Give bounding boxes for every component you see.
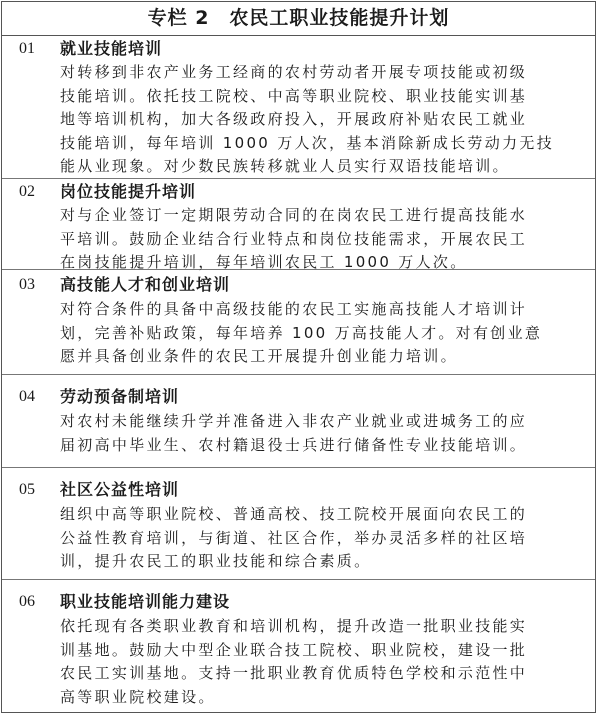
item-row: 06 职业技能培训能力建设 依托现有各类职业教育和培训机构，提升改造一批职业技能… bbox=[2, 580, 595, 714]
item-row: 02 岗位技能提升培训 对与企业签订一定期限劳动合同的在岗农民工进行提高技能水 … bbox=[2, 179, 595, 270]
item-number: 03 bbox=[19, 273, 35, 297]
item-heading: 职业技能培训能力建设 bbox=[60, 590, 230, 614]
item-body: 组织中高等职业院校、普通高校、技工院校开展面向农民工的 公益性教育培训，与街道、… bbox=[60, 503, 580, 574]
body-line: 平培训。鼓励企业结合行业特点和岗位技能需求，开展农民工 bbox=[60, 228, 580, 252]
item-body: 对农村未能继续升学并准备进入非农产业就业或进城务工的应 届初高中毕业生、农村籍退… bbox=[60, 410, 580, 457]
item-number: 01 bbox=[19, 37, 35, 61]
item-row: 03 高技能人才和创业培训 对符合条件的具备中高级技能的农民工实施高技能人才培训… bbox=[2, 270, 595, 375]
body-line: 对与企业签订一定期限劳动合同的在岗农民工进行提高技能水 bbox=[60, 204, 580, 228]
item-row: 04 劳动预备制培训 对农村未能继续升学并准备进入非农产业就业或进城务工的应 届… bbox=[2, 375, 595, 468]
program-box: 专栏 2 农民工职业技能提升计划 01 就业技能培训 对转移到非农产业务工经商的… bbox=[1, 1, 596, 713]
body-line: 对农村未能继续升学并准备进入非农产业就业或进城务工的应 bbox=[60, 410, 580, 434]
body-line: 高等职业院校建设。 bbox=[60, 686, 580, 710]
body-line: 技能培训。依托技工院校、中高等职业院校、职业技能实训基 bbox=[60, 85, 580, 109]
body-line: 划，完善补贴政策，每年培养 100 万高技能人才。对有创业意 bbox=[60, 322, 580, 346]
item-number: 04 bbox=[19, 385, 35, 409]
item-number: 02 bbox=[19, 180, 35, 204]
body-line: 依托现有各类职业教育和培训机构，提升改造一批职业技能实 bbox=[60, 615, 580, 639]
item-number: 05 bbox=[19, 478, 35, 502]
item-heading: 就业技能培训 bbox=[60, 37, 162, 61]
item-body: 依托现有各类职业教育和培训机构，提升改造一批职业技能实 训基地。鼓励大中型企业联… bbox=[60, 615, 580, 709]
body-line: 对符合条件的具备中高级技能的农民工实施高技能人才培训计 bbox=[60, 298, 580, 322]
body-line: 地等培训机构，加大各级政府投入，开展政府补贴农民工就业 bbox=[60, 108, 580, 132]
box-title: 专栏 2 农民工职业技能提升计划 bbox=[2, 2, 595, 36]
item-heading: 高技能人才和创业培训 bbox=[60, 273, 230, 297]
item-row: 01 就业技能培训 对转移到非农产业务工经商的农村劳动者开展专项技能或初级 技能… bbox=[2, 36, 595, 179]
body-line: 届初高中毕业生、农村籍退役士兵进行储备性专业技能培训。 bbox=[60, 434, 580, 458]
body-line: 技能培训，每年培训 1000 万人次，基本消除新成长劳动力无技 bbox=[60, 132, 580, 156]
body-line: 农民工实训基地。支持一批职业教育优质特色学校和示范性中 bbox=[60, 662, 580, 686]
body-line: 训，提升农民工的职业技能和综合素质。 bbox=[60, 550, 580, 574]
body-line: 能从业现象。对少数民族转移就业人员实行双语技能培训。 bbox=[60, 155, 580, 179]
item-heading: 岗位技能提升培训 bbox=[60, 180, 196, 204]
body-line: 对转移到非农产业务工经商的农村劳动者开展专项技能或初级 bbox=[60, 61, 580, 85]
item-body: 对转移到非农产业务工经商的农村劳动者开展专项技能或初级 技能培训。依托技工院校、… bbox=[60, 61, 580, 179]
item-body: 对符合条件的具备中高级技能的农民工实施高技能人才培训计 划，完善补贴政策，每年培… bbox=[60, 298, 580, 369]
body-line: 公益性教育培训，与街道、社区合作，举办灵活多样的社区培 bbox=[60, 527, 580, 551]
body-line: 愿并具备创业条件的农民工开展提升创业能力培训。 bbox=[60, 345, 580, 369]
body-line: 组织中高等职业院校、普通高校、技工院校开展面向农民工的 bbox=[60, 503, 580, 527]
item-heading: 劳动预备制培训 bbox=[60, 385, 179, 409]
item-row: 05 社区公益性培训 组织中高等职业院校、普通高校、技工院校开展面向农民工的 公… bbox=[2, 468, 595, 580]
item-heading: 社区公益性培训 bbox=[60, 478, 179, 502]
item-body: 对与企业签订一定期限劳动合同的在岗农民工进行提高技能水 平培训。鼓励企业结合行业… bbox=[60, 204, 580, 275]
body-line: 训基地。鼓励大中型企业联合技工院校、职业院校，建设一批 bbox=[60, 639, 580, 663]
item-number: 06 bbox=[19, 590, 35, 614]
